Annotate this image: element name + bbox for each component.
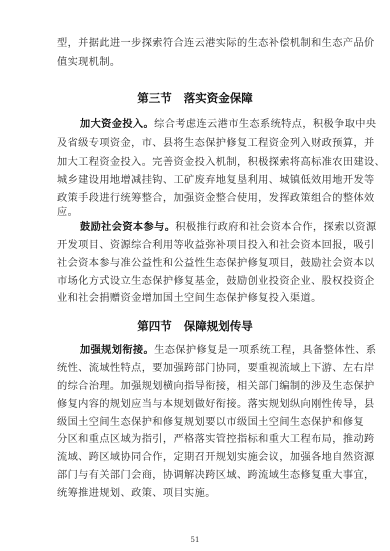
text-line: 统性、流域性特点，要加强跨部门协同，要重视流域上下游、左右岸 [57, 363, 332, 375]
section-heading-4: 第四节 保障规划传导 [0, 318, 390, 334]
text-span: 积极推行政府和社会资本合作，探索以资源 [175, 222, 376, 233]
text-line: 加大工程资金投入。完善资金投入机制，积极探索将高标准农田建设、 [57, 157, 332, 169]
text-line: 统筹推进规划、政策、项目实施。 [57, 488, 216, 500]
paragraph-lead: 鼓励社会资本参与。 [80, 222, 175, 233]
text-line: 流域、跨区域协同合作，定期召开规划实施会议，加强各地自然资源 [57, 452, 332, 464]
text-line: 及省级专项资金，市、县将生态保护修复工程资金列入财政预算，并 [57, 138, 332, 150]
text-line: 级国土空间生态保护和修复规划要以市级国土空间生态保护和修复 [57, 417, 332, 429]
text-line: 应。 [57, 207, 78, 219]
paragraph-lead: 加大资金投入。 [80, 119, 154, 130]
text-span: 综合考虑连云港市生态系统特点，积极争取中央 [154, 119, 376, 130]
text-line: 部门与有关部门会商，协调解决跨区域、跨流域生态修复重大事宜， [57, 470, 332, 482]
text-span: 生态保护修复是一项系统工程，具备整体性、系 [154, 345, 376, 356]
text-line: 分区和重点区域为指引，严格落实管控指标和重大工程布局，推动跨 [57, 434, 332, 446]
text-line: 开发项目、资源综合利用等收益弥补项目投入和社会资本回报，吸引 [57, 240, 332, 252]
text-line: 市场化方式设立生态保护修复基金，鼓励创业投资企业、股权投资企 [57, 276, 332, 288]
text-line: 社会资本参与准公益性和公益性生态保护修复项目，鼓励社会资本以 [57, 258, 332, 270]
paragraph-first-line: 加强规划衔接。生态保护修复是一项系统工程，具备整体性、系 [80, 345, 332, 357]
page-number: 51 [0, 536, 390, 544]
text-line: 值实现机制。 [57, 57, 121, 69]
section-heading-3: 第三节 落实资金保障 [0, 90, 390, 106]
text-line: 业和社会捐赠资金增加国土空间生态保护修复投入渠道。 [57, 293, 322, 305]
paragraph-lead: 加强规划衔接。 [80, 345, 154, 356]
text-line: 型，并据此进一步探索符合连云港实际的生态补偿机制和生态产品价 [57, 38, 332, 50]
text-line: 城乡建设用地增减挂钩、工矿废弃地复垦利用、城镇低效用地开发等 [57, 175, 332, 187]
text-line: 修复内容的规划应当与本规划做好衔接。落实规划纵向刚性传导，县 [57, 399, 332, 411]
text-line: 政策手段进行统筹整合，加强资金整合使用，发挥政策组合的整体效 [57, 193, 332, 205]
paragraph-first-line: 加大资金投入。综合考虑连云港市生态系统特点，积极争取中央 [80, 119, 332, 131]
text-line: 的综合治理。加强规划横向指导衔接，相关部门编制的涉及生态保护 [57, 381, 332, 393]
document-page: 型，并据此进一步探索符合连云港实际的生态补偿机制和生态产品价 值实现机制。 第三… [0, 0, 390, 551]
paragraph-first-line: 鼓励社会资本参与。积极推行政府和社会资本合作，探索以资源 [80, 222, 332, 234]
